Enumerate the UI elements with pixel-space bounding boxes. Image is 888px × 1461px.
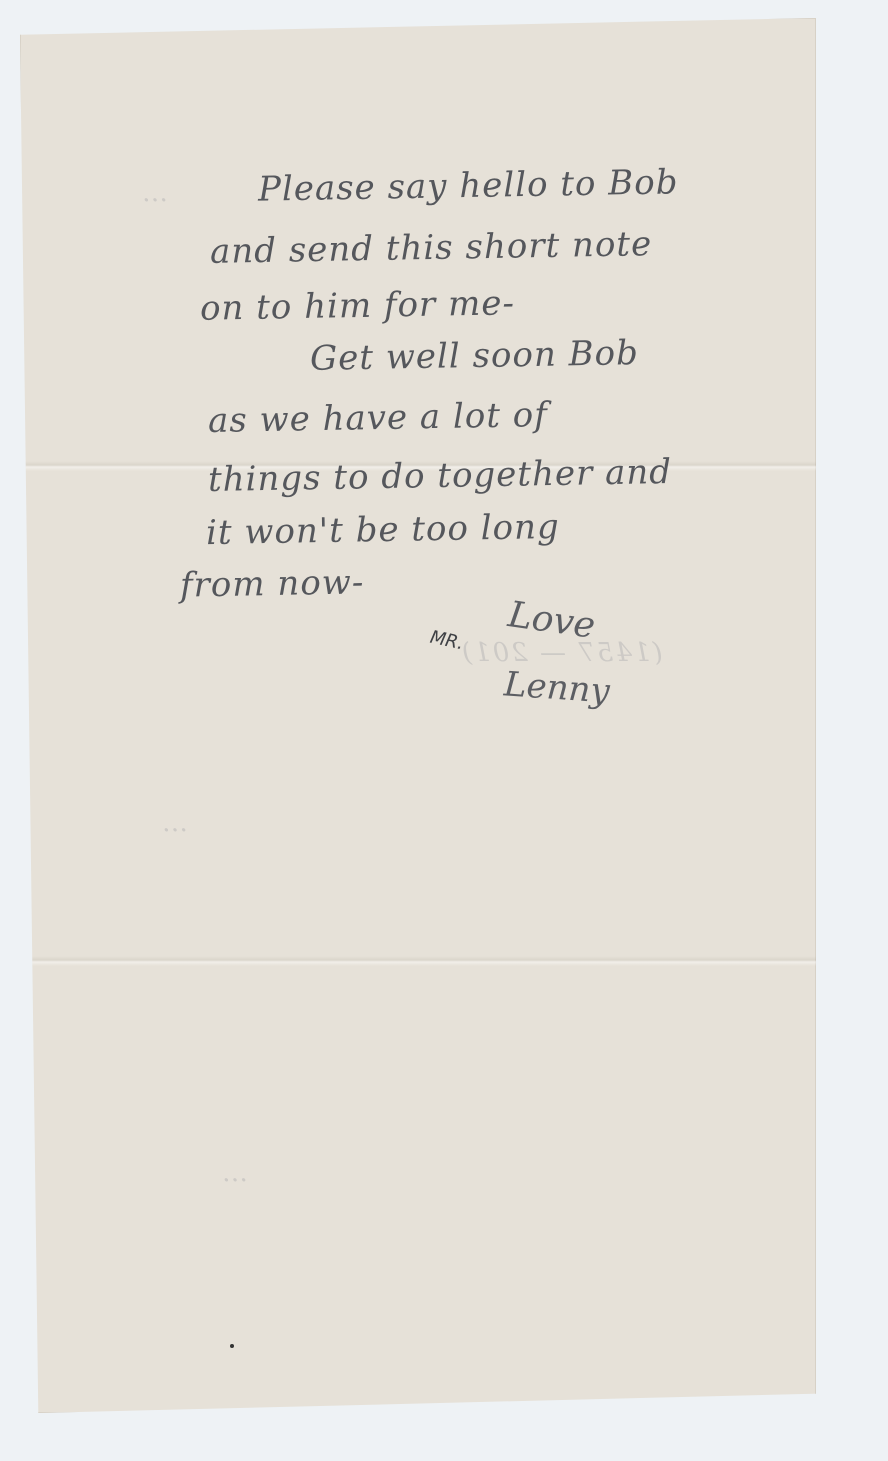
bleed-through-text: … [160, 808, 188, 838]
signature: Lenny [503, 664, 611, 711]
letter-line-6: things to do together and [208, 452, 673, 500]
honorific-text: MR. [428, 627, 465, 655]
letter-paper: … (1457 — 201) … … Please say hello to B… [20, 18, 816, 1413]
letter-line-7: it won't be too long [206, 507, 560, 553]
letter-line-3: on to him for me- [200, 283, 516, 328]
letter-line-2: and send this short note [210, 224, 653, 272]
letter-line-4: Get well soon Bob [310, 333, 639, 379]
bleed-through-text: … [140, 178, 168, 208]
letter-line-5: as we have a lot of [208, 395, 548, 441]
letter-line-1: Please say hello to Bob [258, 162, 679, 209]
pencil-mark [230, 1344, 234, 1348]
letter-line-8: from now- [180, 562, 365, 605]
bleed-through-text: … [220, 1158, 248, 1188]
fold-line-lower [20, 956, 816, 966]
